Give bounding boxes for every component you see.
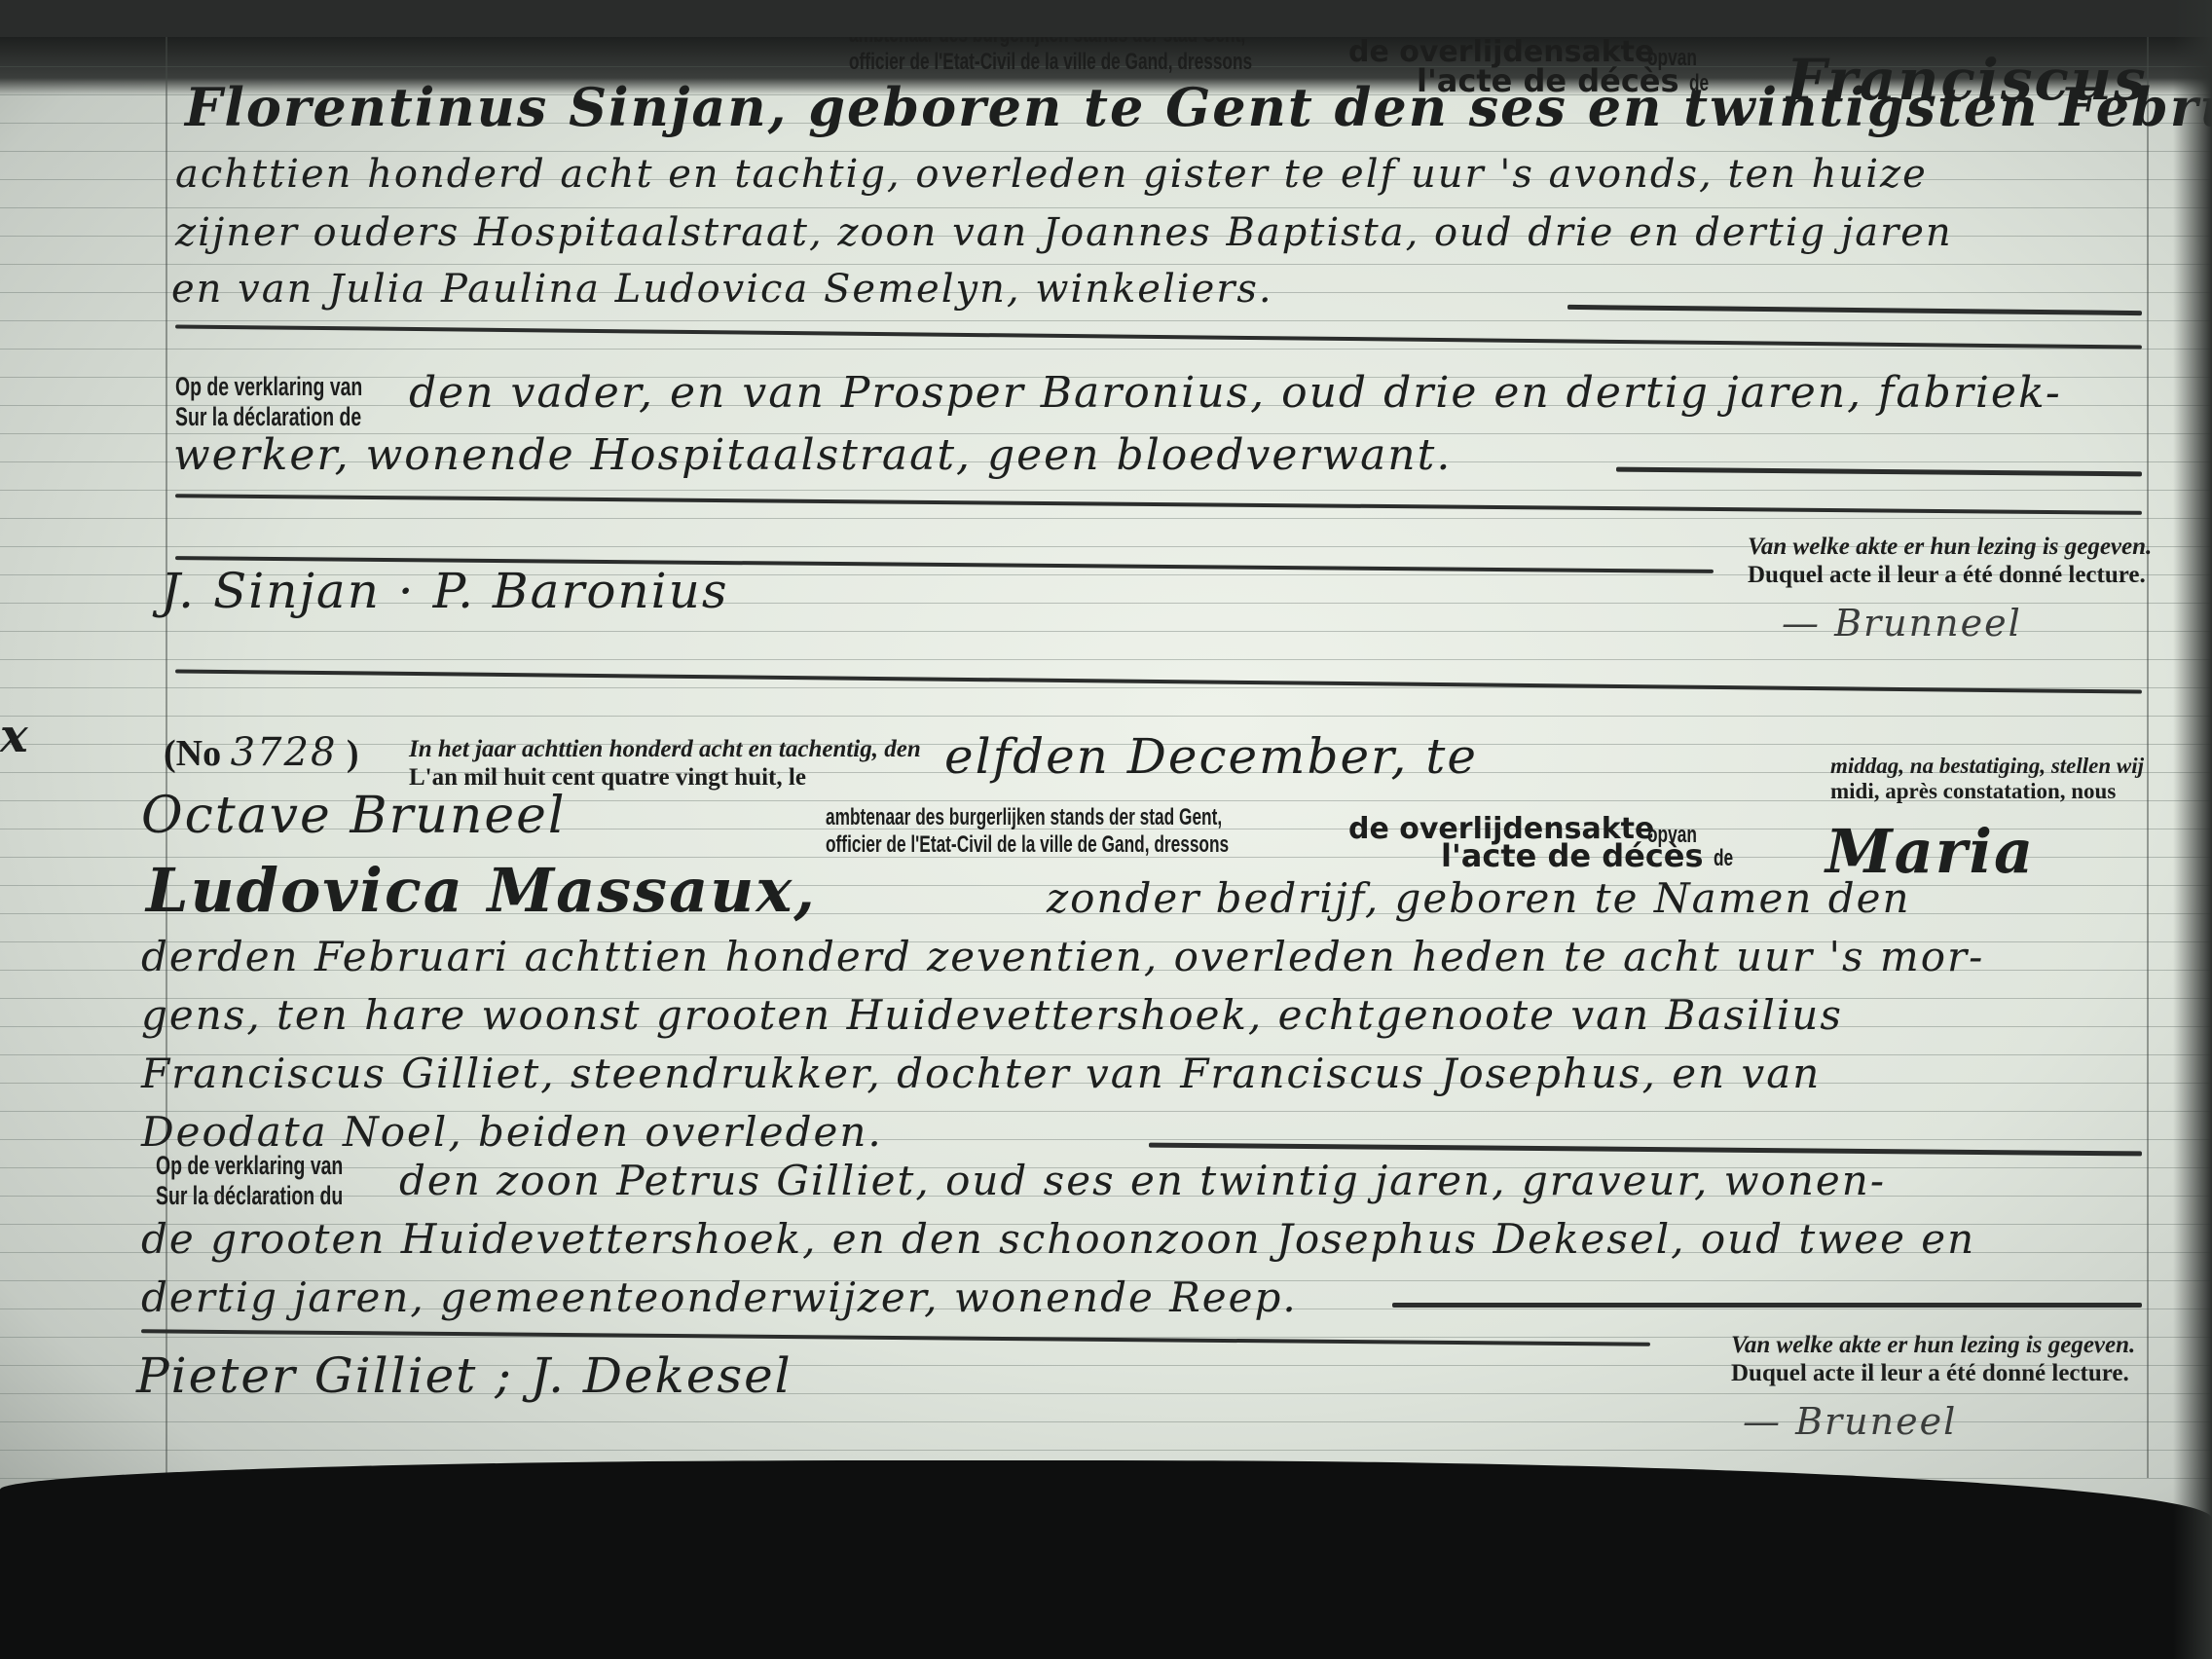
record2-intro-printed: In het jaar achttien honderd acht en tac… [409, 736, 921, 793]
ruled-line [0, 264, 2212, 265]
ruled-line [0, 320, 2212, 321]
record1-signatures: J. Sinjan · P. Baronius [161, 563, 729, 619]
reading-note-nl: Van welke akte er hun lezing is gegeven. [1748, 534, 2152, 562]
right-margin-line [2147, 37, 2149, 1478]
register-page: ambtenaar des burgerlijken stands der st… [0, 37, 2212, 1556]
record1-declaration-line-2: werker, wonende Hospitaalstraat, geen bl… [173, 430, 1452, 480]
ruled-line [0, 518, 2212, 519]
record1-body-line-2: achttien honderd acht en tachtig, overle… [175, 152, 1928, 197]
ruled-line [0, 1450, 2212, 1451]
record2-declaration-line-2: de grooten Huidevettershoek, en den scho… [141, 1215, 1975, 1263]
declaration-label-nl: Op de verklaring van [175, 372, 362, 402]
ruled-line [0, 716, 2212, 717]
right-shadow [2173, 0, 2212, 1659]
bottom-shadow [0, 1460, 2212, 1659]
record2-body-line-4: Franciscus Gilliet, steendrukker, dochte… [141, 1050, 1821, 1097]
reading-note-nl: Van welke akte er hun lezing is gegeven. [1731, 1332, 2135, 1360]
record1-reading-note: Van welke akte er hun lezing is gegeven.… [1748, 534, 2152, 590]
record2-deceased-rest: Ludovica Massaux, [146, 855, 817, 926]
fill-line [1567, 305, 2142, 315]
fill-line [1392, 1303, 2142, 1308]
time-fr: midi, après constatation, nous [1830, 779, 2144, 804]
record-number-label: No [176, 733, 221, 774]
declaration-label-nl: Op de verklaring van [156, 1151, 343, 1181]
record2-body-line-3: gens, ten hare woonst grooten Huidevette… [141, 991, 1843, 1039]
record2-time-printed: middag, na bestatiging, stellen wij midi… [1830, 754, 2144, 805]
record2-number-block: (No 3728 ) [164, 730, 359, 775]
reading-note-fr: Duquel acte il leur a été donné lecture. [1731, 1360, 2135, 1388]
record2-bold-fr: l'acte de décès [1441, 837, 1704, 874]
record1-body-line-3: zijner ouders Hospitaalstraat, zoon van … [175, 210, 1953, 255]
record2-reading-note: Van welke akte er hun lezing is gegeven.… [1731, 1332, 2135, 1388]
ruled-line [0, 349, 2212, 350]
header-fr: officier de l'Etat-Civil de la ville de … [826, 831, 1229, 859]
record1-body-line-1: Florentinus Sinjan, geboren te Gent den … [185, 76, 2212, 138]
fill-line [1149, 1143, 2142, 1157]
record2-body-line-1: zonder bedrijf, geboren te Namen den [1047, 874, 1911, 922]
header-nl: ambtenaar des burgerlijken stands der st… [826, 804, 1229, 831]
record2-declaration-label: Op de verklaring van Sur la déclaration … [156, 1151, 343, 1211]
record2-officer-signature: — Bruneel [1743, 1400, 1957, 1443]
record2-declaration-line-1: den zoon Petrus Gilliet, oud ses en twin… [399, 1157, 1886, 1204]
ruled-line [0, 207, 2212, 208]
declaration-label-fr: Sur la déclaration du [156, 1181, 343, 1211]
signature-line [141, 1329, 1650, 1346]
fill-line [1616, 467, 2142, 477]
record2-officer-name: Octave Bruneel [141, 787, 567, 845]
record2-date: elfden December, te [944, 728, 1478, 785]
record2-tail-fr: de [1714, 845, 1733, 872]
record1-header-printed: ambtenaar des burgerlijken stands der st… [849, 37, 1252, 75]
record2-body-line-2: derden Februari achttien honderd zeventi… [141, 933, 1984, 980]
record-divider [175, 669, 2142, 693]
header-nl: ambtenaar des burgerlijken stands der st… [849, 37, 1245, 48]
record1-declaration-label: Op de verklaring van Sur la déclaration … [175, 372, 362, 432]
record1-body-line-4: en van Julia Paulina Ludovica Semelyn, w… [171, 267, 1273, 312]
time-nl: middag, na bestatiging, stellen wij [1830, 754, 2144, 779]
record-number: 3728 [231, 730, 338, 775]
record2-body-line-5: Deodata Noel, beiden overleden. [141, 1108, 883, 1156]
ruled-line [0, 490, 2212, 491]
declaration-label-fr: Sur la déclaration de [175, 402, 362, 432]
record2-margin-mark: x [0, 709, 30, 763]
record2-declaration-line-3: dertig jaren, gemeenteonderwijzer, wonen… [141, 1273, 1298, 1321]
record2-signatures: Pieter Gilliet ; J. Dekesel [136, 1347, 793, 1404]
section-divider [175, 324, 2142, 349]
ruled-line [0, 659, 2212, 660]
record1-officer-signature: — Brunneel [1782, 602, 2022, 645]
header-fr: officier de l'Etat-Civil de la ville de … [849, 49, 1252, 75]
record2-header-printed: ambtenaar des burgerlijken stands der st… [826, 804, 1229, 858]
section-divider [175, 494, 2142, 515]
intro-nl: In het jaar achttien honderd acht en tac… [409, 736, 921, 764]
reading-note-fr: Duquel acte il leur a été donné lecture. [1748, 562, 2152, 590]
record1-declaration-line-1: den vader, en van Prosper Baronius, oud … [409, 368, 2062, 418]
